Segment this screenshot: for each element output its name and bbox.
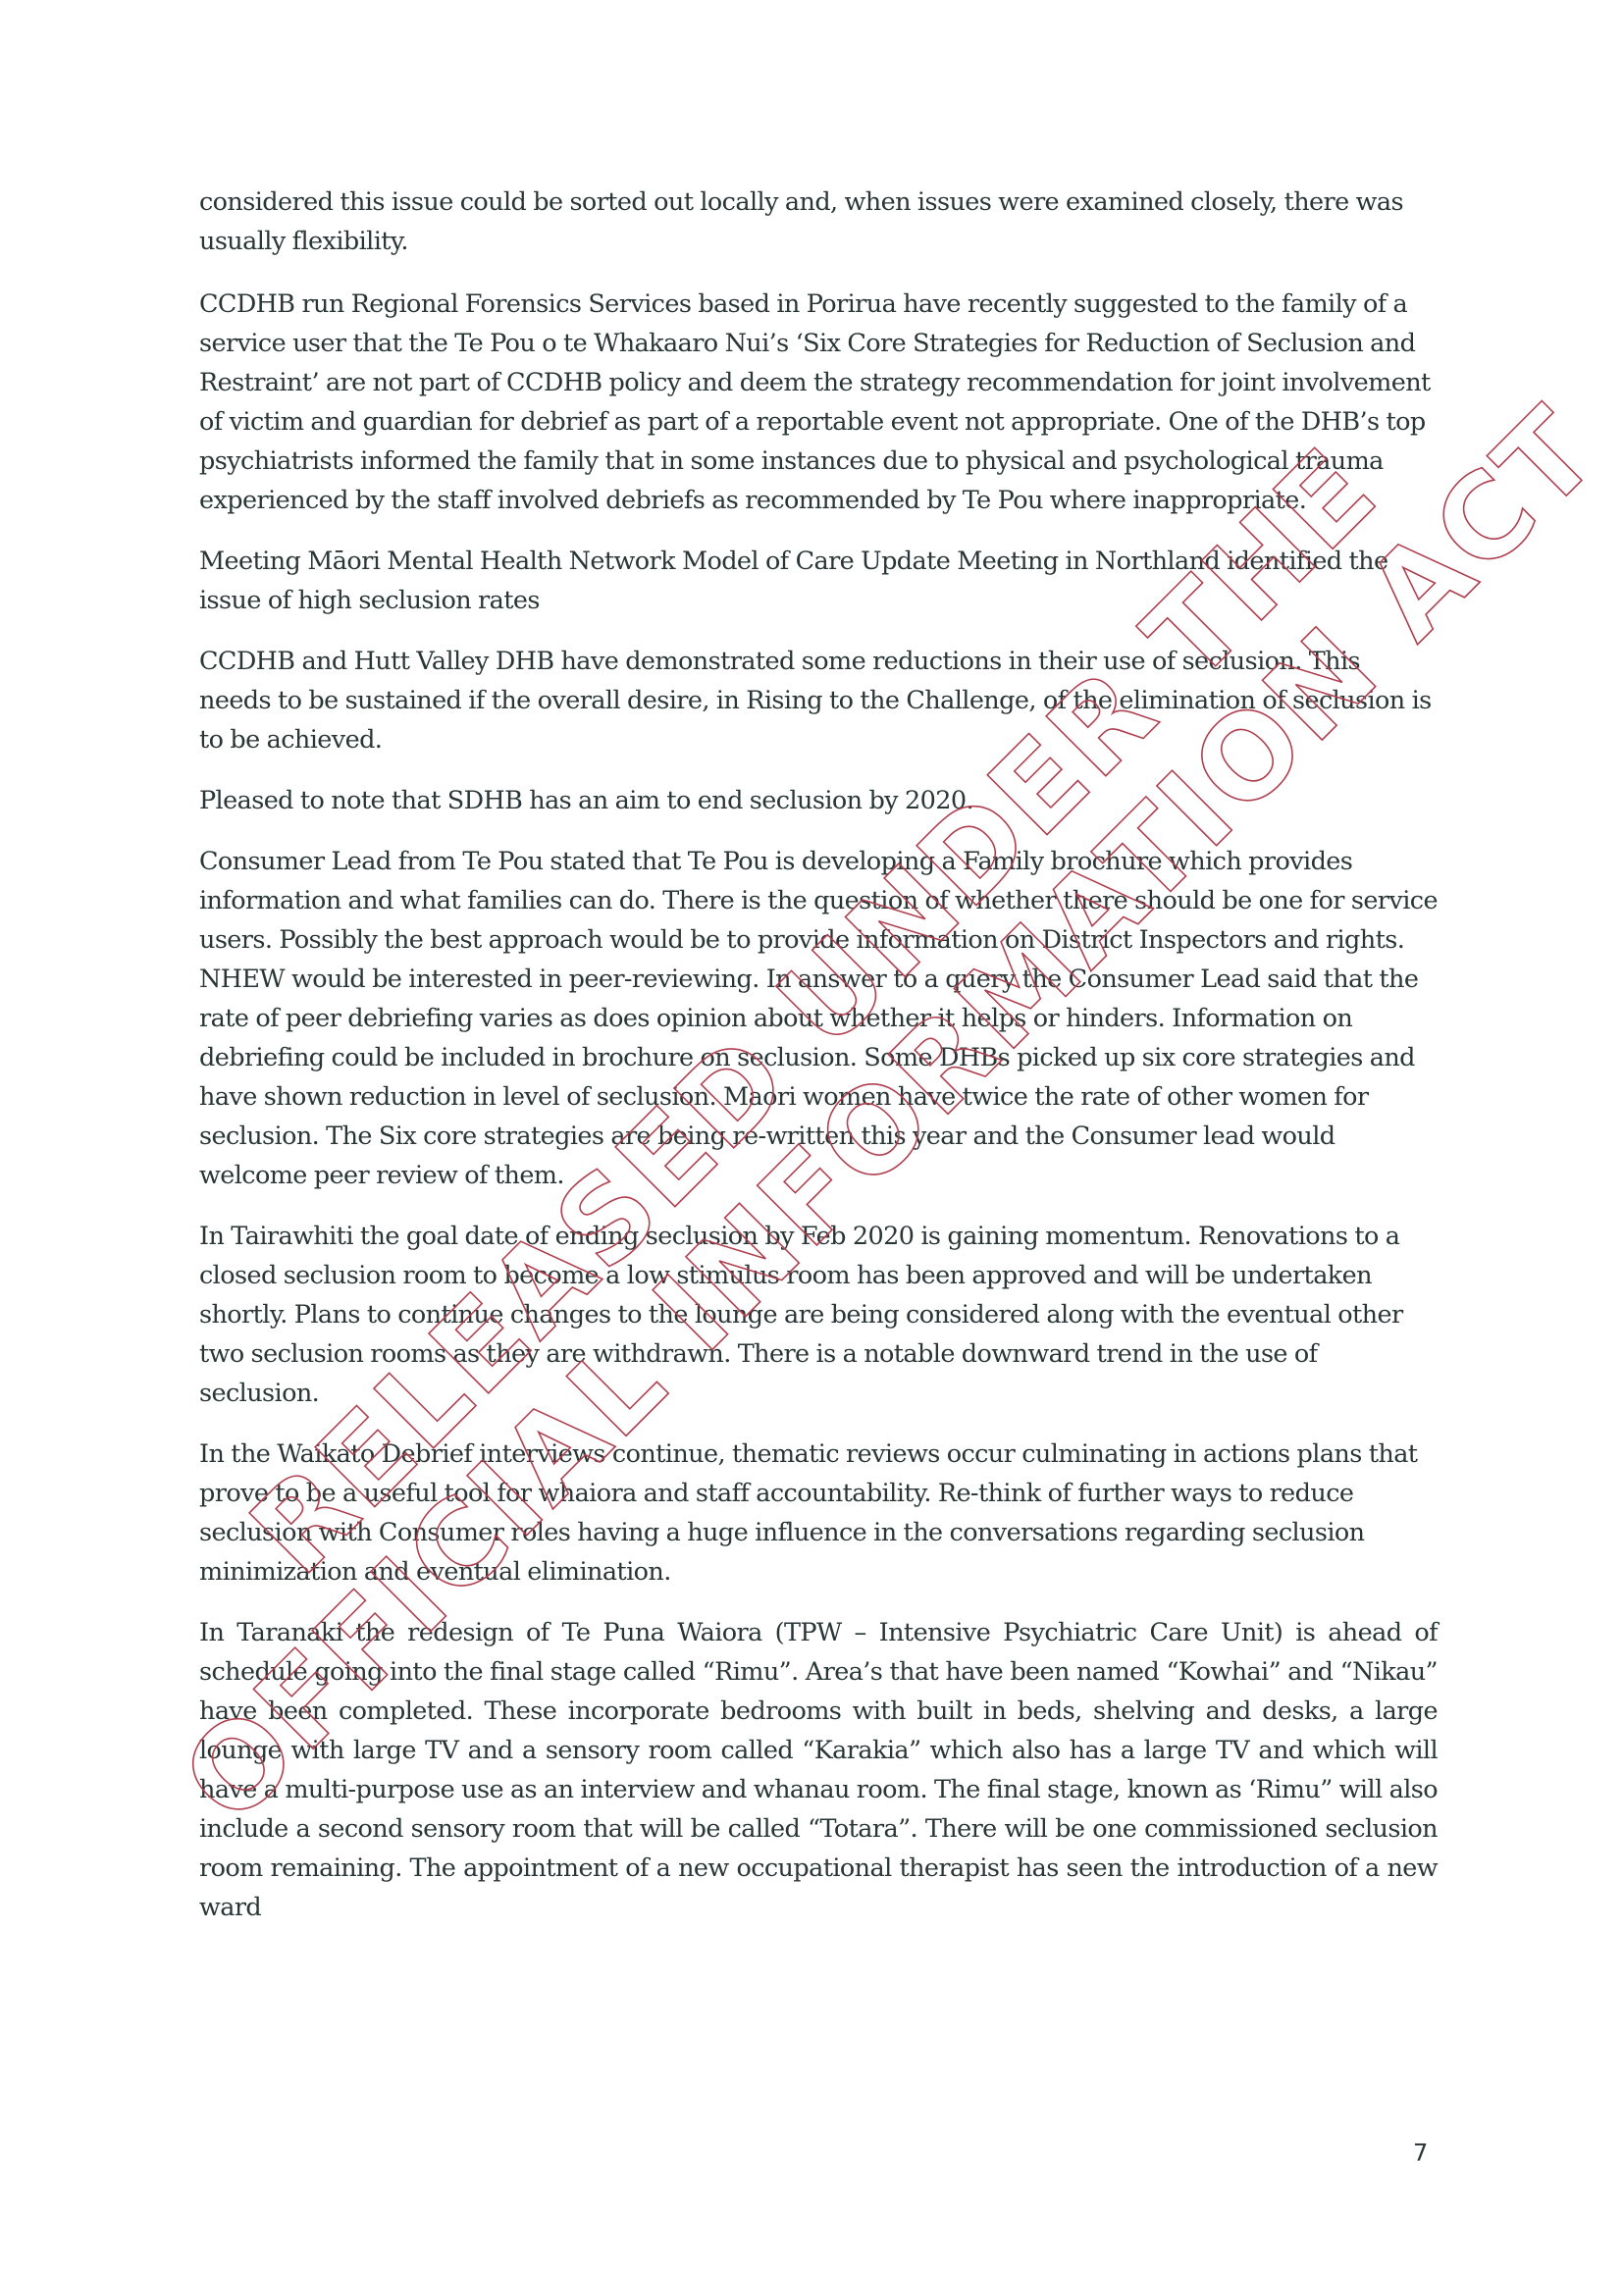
paragraph-ccdhb-hutt-reductions: CCDHB and Hutt Valley DHB have demonstra… [199,642,1438,759]
paragraph-tairawhiti: In Tairawhiti the goal date of ending se… [199,1217,1438,1413]
paragraph-waikato: In the Waikato Debrief interviews contin… [199,1435,1438,1592]
paragraph-local-flexibility: considered this issue could be sorted ou… [199,183,1438,261]
paragraph-sdhb-aim: Pleased to note that SDHB has an aim to … [199,781,1438,820]
paragraph-ccdhb-forensics: CCDHB run Regional Forensics Services ba… [199,285,1438,520]
page-number: 7 [1413,2139,1428,2166]
document-body: considered this issue could be sorted ou… [199,183,1438,1949]
paragraph-taranaki: In Taranaki the redesign of Te Puna Waio… [199,1613,1438,1927]
paragraph-maori-network-meeting: Meeting Māori Mental Health Network Mode… [199,542,1438,620]
paragraph-consumer-lead: Consumer Lead from Te Pou stated that Te… [199,842,1438,1195]
document-page: considered this issue could be sorted ou… [0,0,1623,2296]
